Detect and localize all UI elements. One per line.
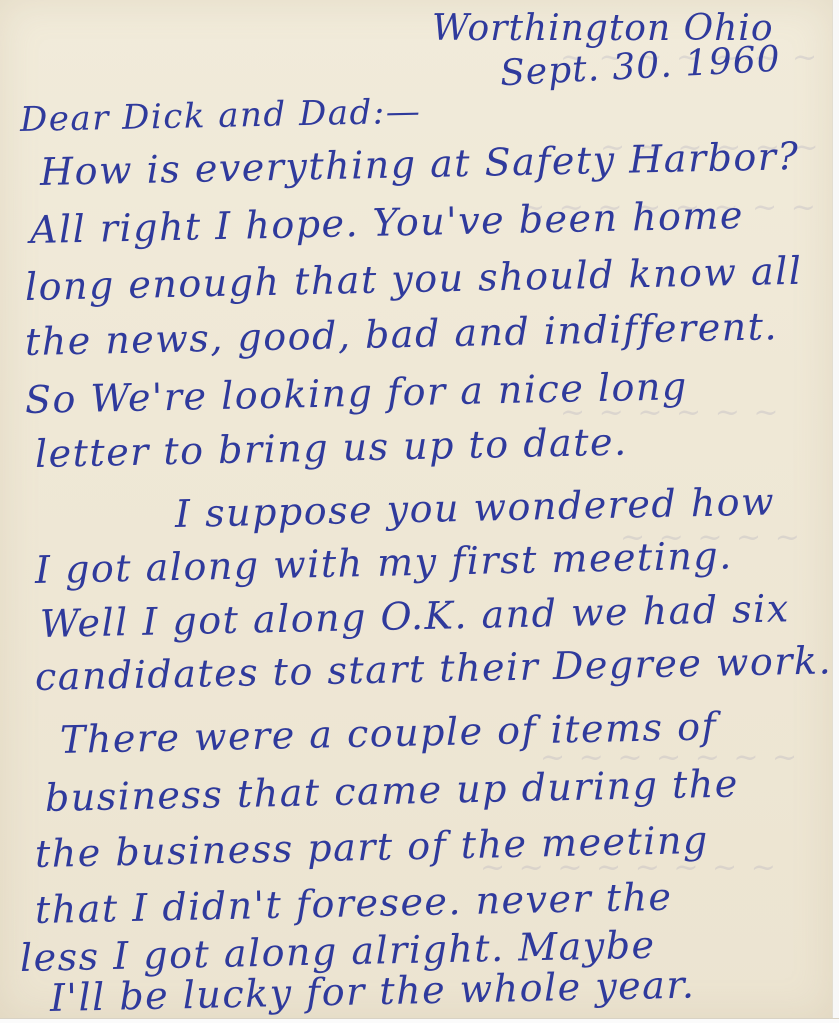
letter-line: I got along with my first meeting. (35, 533, 734, 592)
letter-line: the news, good, bad and indifferent. (25, 304, 779, 364)
letter-line: Well I got along O.K. and we had six (40, 586, 791, 646)
scan-border-right (832, 0, 839, 1023)
letter-line: business that came up during the (45, 761, 740, 820)
letter-line: long enough that you should know all (25, 249, 803, 309)
salutation: Dear Dick and Dad:— (20, 92, 422, 140)
letter-line: candidates to start their Degree work. (35, 638, 833, 699)
letter-line: How is everything at Safety Harbor? (40, 134, 800, 194)
letter-line: letter to bring us up to date. (35, 420, 628, 476)
letter-line: All right I hope. You've been home (30, 193, 745, 252)
letter-paper: ~ ~ ~ ~ ~ ~ ~ ~ ~ ~ ~ ~ ~ ~ ~ ~ ~ ~ ~ ~ … (0, 0, 832, 1018)
scan-border-bottom (0, 1018, 839, 1023)
